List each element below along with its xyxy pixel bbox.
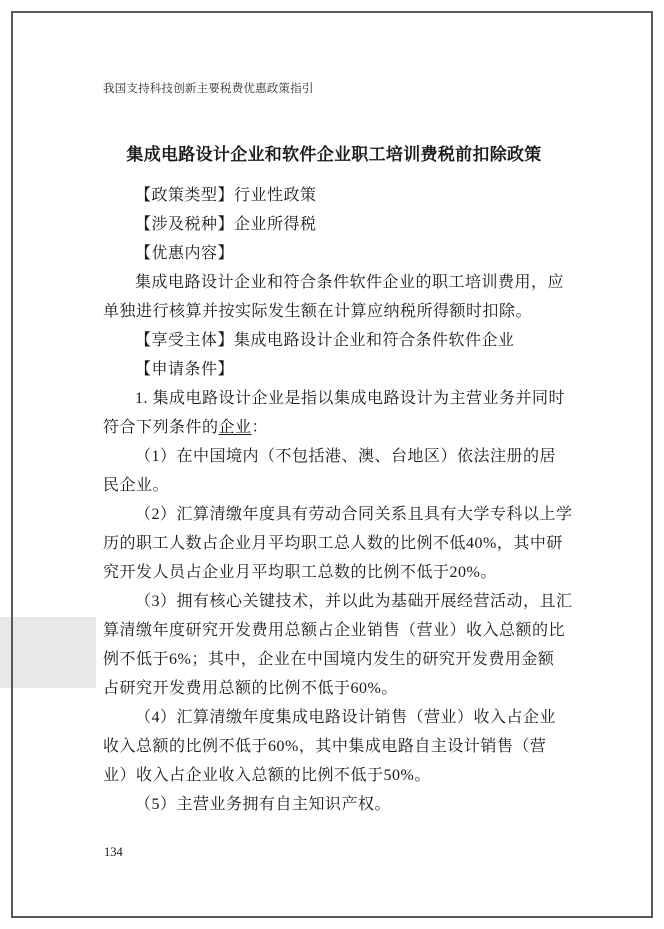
body-line: 业）收入占企业收入总额的比例不低于50%。	[103, 761, 565, 790]
body-line: 【享受主体】集成电路设计企业和符合条件软件企业	[103, 326, 565, 355]
body-line: （2）汇算清缴年度具有劳动合同关系且具有大学专科以上学	[103, 500, 565, 529]
gray-highlight-box	[0, 617, 96, 688]
body-line-text: 符合下列条件的	[103, 419, 219, 436]
body-line: 符合下列条件的企业：	[103, 413, 565, 442]
underlined-term: 企业	[219, 419, 252, 436]
body-line: 1. 集成电路设计企业是指以集成电路设计为主营业务并同时	[103, 384, 565, 413]
body-line: （4）汇算清缴年度集成电路设计销售（营业）收入占企业	[103, 703, 565, 732]
body-line: 【涉及税种】企业所得税	[103, 210, 565, 239]
body-line: 例不低于6%；其中，企业在中国境内发生的研究开发费用金额	[103, 645, 565, 674]
body-line: 民企业。	[103, 471, 565, 500]
body-line: 历的职工人数占企业月平均职工总人数的比例不低40%，其中研	[103, 529, 565, 558]
body-line: 收入总额的比例不低于60%，其中集成电路自主设计销售（营	[103, 732, 565, 761]
body-line: 算清缴年度研究开发费用总额占企业销售（营业）收入总额的比	[103, 616, 565, 645]
body-line: （3）拥有核心关键技术，并以此为基础开展经营活动，且汇	[103, 587, 565, 616]
document-page: 我国支持科技创新主要税费优惠政策指引 集成电路设计企业和软件企业职工培训费税前扣…	[0, 0, 664, 929]
body-line: （5）主营业务拥有自主知识产权。	[103, 790, 565, 819]
body-text-block: 【政策类型】行业性政策 【涉及税种】企业所得税 【优惠内容】 集成电路设计企业和…	[103, 181, 565, 819]
body-line: 【政策类型】行业性政策	[103, 181, 565, 210]
running-header: 我国支持科技创新主要税费优惠政策指引	[103, 80, 314, 96]
body-line-text: ：	[252, 419, 269, 436]
body-line: 【优惠内容】	[103, 239, 565, 268]
page-number: 134	[104, 845, 123, 860]
body-line: （1）在中国境内（不包括港、澳、台地区）依法注册的居	[103, 442, 565, 471]
body-line: 占研究开发费用总额的比例不低于60%。	[103, 674, 565, 703]
page-title: 集成电路设计企业和软件企业职工培训费税前扣除政策	[103, 140, 565, 165]
body-line: 集成电路设计企业和符合条件软件企业的职工培训费用，应	[103, 268, 565, 297]
body-line: 究开发人员占企业月平均职工总数的比例不低于20%。	[103, 558, 565, 587]
body-line: 单独进行核算并按实际发生额在计算应纳税所得额时扣除。	[103, 297, 565, 326]
body-line: 【申请条件】	[103, 355, 565, 384]
